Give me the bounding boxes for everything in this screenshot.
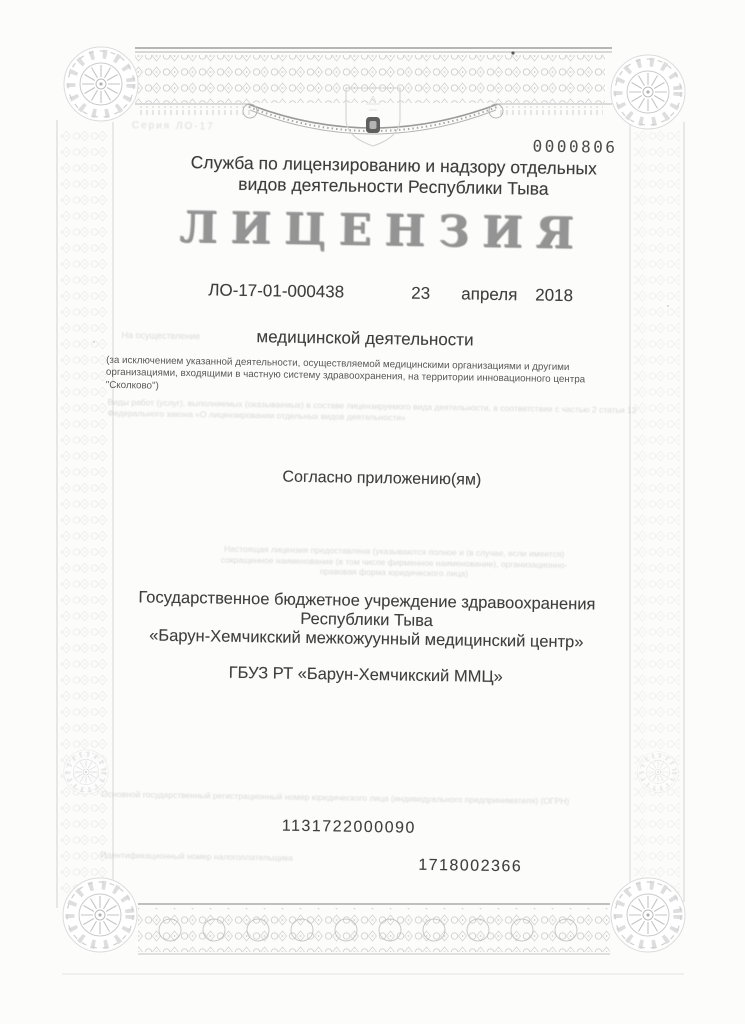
document-text-layer: Серия ЛО-17 0000806 Служба по лицензиров… — [0, 0, 745, 1024]
attachment-note: Согласно приложению(ям) — [18, 464, 745, 493]
series-mark-faint: Серия ЛО-17 — [132, 120, 215, 132]
inn-label-faint: Идентификационный номер налогоплательщик… — [100, 850, 370, 865]
issue-month: апреля — [461, 284, 517, 305]
document-title: ЛИЦЕНЗИЯ — [4, 200, 745, 262]
grantee-name: Государственное бюджетное учреждение здр… — [0, 586, 736, 655]
grantee-label-faint: Настоящая лицензия предоставлена (указыв… — [214, 544, 574, 581]
works-note-faint: Виды работ (услуг), выполняемых (оказыва… — [107, 397, 642, 426]
issue-day: 23 — [411, 284, 430, 304]
serial-number: 0000806 — [532, 136, 617, 156]
ogrn-value: 1131722000090 — [282, 818, 416, 838]
activity-type: медицинской деятельности — [2, 323, 727, 354]
issue-year: 2018 — [535, 286, 573, 307]
exception-note: (за исключением указанной деятельности, … — [106, 355, 647, 400]
grantee-short-name: ГБУЗ РТ «Барун-Хемчикский ММЦ» — [0, 660, 734, 691]
authority-name: Служба по лицензированию и надзору отдел… — [37, 150, 745, 203]
ogrn-label-faint: Основной государственный регистрационный… — [101, 789, 621, 808]
license-document-page: Серия ЛО-17 0000806 Служба по лицензиров… — [0, 0, 745, 1024]
inn-value: 1718002366 — [418, 857, 522, 877]
license-number: ЛО-17-01-000438 — [208, 280, 344, 302]
